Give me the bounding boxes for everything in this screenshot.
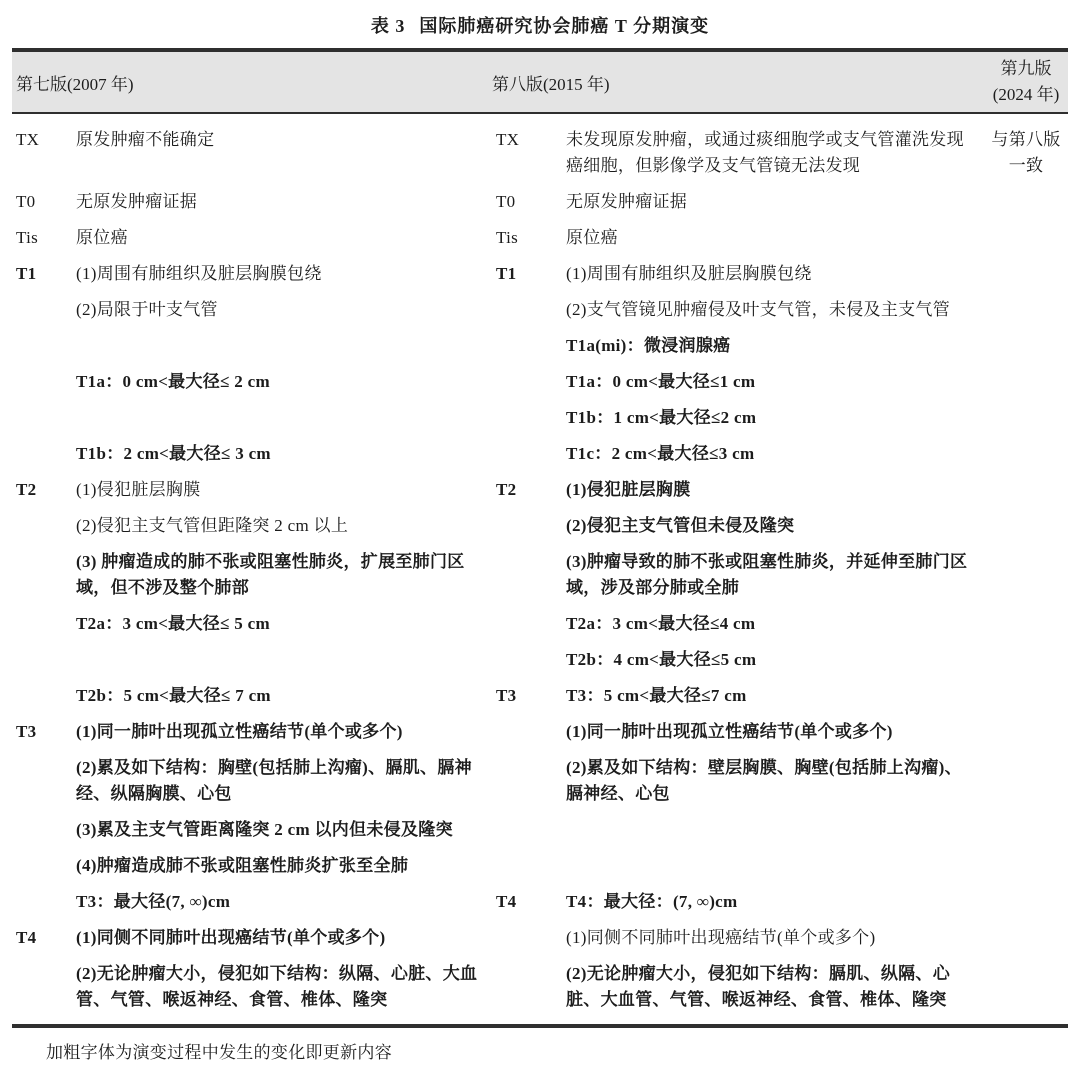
stage-label-7th-edition (12, 812, 76, 822)
stage-label-8th-edition (492, 714, 566, 724)
stage-label-8th-edition: T2 (492, 472, 566, 508)
description-7th-edition: (2)侵犯主支气管但距隆突 2 cm 以上 (76, 508, 492, 544)
description-7th-edition: T1a：0 cm<最大径≤ 2 cm (76, 364, 492, 400)
table-row: T4 (1)同侧不同肺叶出现癌结节(单个或多个) (1)同侧不同肺叶出现癌结节(… (12, 920, 1068, 956)
table-row: T1b：2 cm<最大径≤ 3 cm T1c：2 cm<最大径≤3 cm (12, 436, 1068, 472)
note-9th-edition-line: 与第八版 (984, 127, 1068, 153)
stage-label-8th-edition (492, 292, 566, 302)
table-row: T1b：1 cm<最大径≤2 cm (12, 400, 1068, 436)
stage-label-7th-edition (12, 884, 76, 894)
table-row: (3) 肿瘤造成的肺不张或阻塞性肺炎，扩展至肺门区域，但不涉及整个肺部 (3)肿… (12, 544, 1068, 606)
stage-label-8th-edition (492, 956, 566, 966)
note-9th-edition (984, 884, 1068, 894)
note-9th-edition (984, 364, 1068, 374)
note-9th-edition (984, 920, 1068, 930)
stage-label-8th-edition (492, 544, 566, 554)
description-7th-edition: (2)无论肿瘤大小，侵犯如下结构：纵隔、心脏、大血管、气管、喉返神经、食管、椎体… (76, 956, 492, 1018)
stage-label-8th-edition: T4 (492, 884, 566, 920)
stage-label-8th-edition: T3 (492, 678, 566, 714)
description-8th-edition: (1)同侧不同肺叶出现癌结节(单个或多个) (566, 920, 984, 956)
table-row: T1 (1)周围有肺组织及脏层胸膜包绕 T1 (1)周围有肺组织及脏层胸膜包绕 (12, 256, 1068, 292)
stage-label-8th-edition: TX (492, 122, 566, 158)
stage-label-8th-edition (492, 436, 566, 446)
description-8th-edition: T4：最大径：(7, ∞)cm (566, 884, 984, 920)
stage-label-7th-edition: T1 (12, 256, 76, 292)
stage-label-7th-edition (12, 364, 76, 374)
table-title-text: 国际肺癌研究协会肺癌 T 分期演变 (419, 16, 709, 36)
stage-label-8th-edition (492, 364, 566, 374)
description-7th-edition: (2)局限于叶支气管 (76, 292, 492, 328)
stage-label-7th-edition (12, 436, 76, 446)
description-8th-edition: (1)侵犯脏层胸膜 (566, 472, 984, 508)
note-9th-edition: 与第八版一致 (984, 122, 1068, 184)
stage-label-7th-edition (12, 606, 76, 616)
note-9th-edition (984, 750, 1068, 760)
table-row: Tis 原位癌 Tis 原位癌 (12, 220, 1068, 256)
description-7th-edition: (2)累及如下结构：胸壁(包括肺上沟瘤)、膈肌、膈神经、纵隔胸膜、心包 (76, 750, 492, 812)
description-7th-edition: 无原发肿瘤证据 (76, 184, 492, 220)
page: 表 3国际肺癌研究协会肺癌 T 分期演变 第七版(2007 年) 第八版(201… (0, 0, 1080, 1066)
note-9th-edition (984, 400, 1068, 410)
note-9th-edition (984, 220, 1068, 230)
stage-label-8th-edition: T0 (492, 184, 566, 220)
description-8th-edition (566, 812, 984, 822)
description-8th-edition: (2)侵犯主支气管但未侵及隆突 (566, 508, 984, 544)
stage-label-7th-edition: TX (12, 122, 76, 158)
note-9th-edition (984, 472, 1068, 482)
description-8th-edition: T3：5 cm<最大径≤7 cm (566, 678, 984, 714)
table-row: T3：最大径(7, ∞)cm T4 T4：最大径：(7, ∞)cm (12, 884, 1068, 920)
table-row: (3)累及主支气管距离隆突 2 cm 以内但未侵及隆突 (12, 812, 1068, 848)
stage-label-8th-edition (492, 848, 566, 858)
description-7th-edition (76, 400, 492, 410)
stage-label-7th-edition (12, 956, 76, 966)
note-9th-edition (984, 544, 1068, 554)
header-edition-9-year: (2024 年) (984, 82, 1068, 108)
note-9th-edition (984, 606, 1068, 616)
description-7th-edition: (1)同侧不同肺叶出现癌结节(单个或多个) (76, 920, 492, 956)
table-row: T0 无原发肿瘤证据 T0 无原发肿瘤证据 (12, 184, 1068, 220)
header-edition-9-name: 第九版 (984, 56, 1068, 82)
description-8th-edition: 未发现原发肿瘤，或通过痰细胞学或支气管灌洗发现癌细胞，但影像学及支气管镜无法发现 (566, 122, 984, 184)
description-8th-edition: (1)同一肺叶出现孤立性癌结节(单个或多个) (566, 714, 984, 750)
description-8th-edition: T1b：1 cm<最大径≤2 cm (566, 400, 984, 436)
description-7th-edition: (3)累及主支气管距离隆突 2 cm 以内但未侵及隆突 (76, 812, 492, 848)
stage-label-7th-edition (12, 750, 76, 760)
note-9th-edition (984, 184, 1068, 194)
stage-label-7th-edition (12, 678, 76, 688)
note-9th-edition (984, 436, 1068, 446)
description-7th-edition: (3) 肿瘤造成的肺不张或阻塞性肺炎，扩展至肺门区域，但不涉及整个肺部 (76, 544, 492, 606)
description-7th-edition: (4)肿瘤造成肺不张或阻塞性肺炎扩张至全肺 (76, 848, 492, 884)
stage-label-8th-edition (492, 812, 566, 822)
description-7th-edition: T2b：5 cm<最大径≤ 7 cm (76, 678, 492, 714)
description-8th-edition: (2)支气管镜见肿瘤侵及叶支气管，未侵及主支气管 (566, 292, 984, 328)
table-row: T1a：0 cm<最大径≤ 2 cm T1a：0 cm<最大径≤1 cm (12, 364, 1068, 400)
description-7th-edition: 原发肿瘤不能确定 (76, 122, 492, 158)
table-row: T2 (1)侵犯脏层胸膜 T2 (1)侵犯脏层胸膜 (12, 472, 1068, 508)
stage-label-8th-edition (492, 400, 566, 410)
header-edition-9: 第九版 (2024 年) (984, 56, 1068, 108)
stage-label-7th-edition: T4 (12, 920, 76, 956)
table-row: TX 原发肿瘤不能确定 TX 未发现原发肿瘤，或通过痰细胞学或支气管灌洗发现癌细… (12, 122, 1068, 184)
description-8th-edition (566, 848, 984, 858)
description-7th-edition: T2a：3 cm<最大径≤ 5 cm (76, 606, 492, 642)
table-title: 表 3国际肺癌研究协会肺癌 T 分期演变 (12, 8, 1068, 48)
description-8th-edition: 原位癌 (566, 220, 984, 256)
stage-label-7th-edition: T2 (12, 472, 76, 508)
description-8th-edition: 无原发肿瘤证据 (566, 184, 984, 220)
description-8th-edition: T1c：2 cm<最大径≤3 cm (566, 436, 984, 472)
note-9th-edition (984, 256, 1068, 266)
stage-label-8th-edition (492, 642, 566, 652)
table-row: T2b：5 cm<最大径≤ 7 cm T3 T3：5 cm<最大径≤7 cm (12, 678, 1068, 714)
stage-label-7th-edition (12, 544, 76, 554)
table-row: T2b：4 cm<最大径≤5 cm (12, 642, 1068, 678)
table-row: T1a(mi)：微浸润腺癌 (12, 328, 1068, 364)
table-row: T2a：3 cm<最大径≤ 5 cm T2a：3 cm<最大径≤4 cm (12, 606, 1068, 642)
stage-label-7th-edition (12, 400, 76, 410)
stage-label-8th-edition (492, 606, 566, 616)
description-8th-edition: (2)无论肿瘤大小，侵犯如下结构：膈肌、纵隔、心脏、大血管、气管、喉返神经、食管… (566, 956, 984, 1018)
stage-label-7th-edition (12, 328, 76, 338)
table-row: (2)累及如下结构：胸壁(包括肺上沟瘤)、膈肌、膈神经、纵隔胸膜、心包 (2)累… (12, 750, 1068, 812)
stage-label-7th-edition (12, 642, 76, 652)
description-7th-edition: T1b：2 cm<最大径≤ 3 cm (76, 436, 492, 472)
note-9th-edition (984, 714, 1068, 724)
description-7th-edition (76, 642, 492, 652)
table-title-number: 表 3 (371, 16, 406, 36)
note-9th-edition (984, 848, 1068, 858)
note-9th-edition (984, 328, 1068, 338)
table-row: (4)肿瘤造成肺不张或阻塞性肺炎扩张至全肺 (12, 848, 1068, 884)
note-9th-edition (984, 812, 1068, 822)
note-9th-edition (984, 292, 1068, 302)
stage-label-7th-edition (12, 508, 76, 518)
description-7th-edition: (1)周围有肺组织及脏层胸膜包绕 (76, 256, 492, 292)
table-row: (2)局限于叶支气管 (2)支气管镜见肿瘤侵及叶支气管，未侵及主支气管 (12, 292, 1068, 328)
stage-label-7th-edition: T3 (12, 714, 76, 750)
stage-label-8th-edition (492, 750, 566, 760)
stage-label-8th-edition: T1 (492, 256, 566, 292)
header-edition-7: 第七版(2007 年) (12, 70, 492, 95)
stage-label-8th-edition (492, 328, 566, 338)
note-9th-edition (984, 642, 1068, 652)
note-9th-edition (984, 678, 1068, 688)
description-8th-edition: (3)肿瘤导致的肺不张或阻塞性肺炎，并延伸至肺门区域，涉及部分肺或全肺 (566, 544, 984, 606)
description-8th-edition: T2b：4 cm<最大径≤5 cm (566, 642, 984, 678)
stage-label-8th-edition (492, 508, 566, 518)
stage-label-7th-edition: Tis (12, 220, 76, 256)
stage-label-8th-edition: Tis (492, 220, 566, 256)
description-8th-edition: T1a(mi)：微浸润腺癌 (566, 328, 984, 364)
note-9th-edition (984, 508, 1068, 518)
stage-label-7th-edition (12, 848, 76, 858)
description-7th-edition: (1)同一肺叶出现孤立性癌结节(单个或多个) (76, 714, 492, 750)
description-8th-edition: T1a：0 cm<最大径≤1 cm (566, 364, 984, 400)
description-7th-edition: T3：最大径(7, ∞)cm (76, 884, 492, 920)
table-row: T3 (1)同一肺叶出现孤立性癌结节(单个或多个) (1)同一肺叶出现孤立性癌结… (12, 714, 1068, 750)
footnote: 加粗字体为演变过程中发生的变化即更新内容 (12, 1028, 1068, 1066)
note-9th-edition-line: 一致 (984, 153, 1068, 179)
table-row: (2)侵犯主支气管但距隆突 2 cm 以上 (2)侵犯主支气管但未侵及隆突 (12, 508, 1068, 544)
note-9th-edition (984, 956, 1068, 966)
table-body: TX 原发肿瘤不能确定 TX 未发现原发肿瘤，或通过痰细胞学或支气管灌洗发现癌细… (12, 114, 1068, 1018)
description-8th-edition: (2)累及如下结构：壁层胸膜、胸壁(包括肺上沟瘤)、膈神经、心包 (566, 750, 984, 812)
stage-label-8th-edition (492, 920, 566, 930)
header-edition-8: 第八版(2015 年) (492, 70, 984, 95)
description-8th-edition: (1)周围有肺组织及脏层胸膜包绕 (566, 256, 984, 292)
table-header: 第七版(2007 年) 第八版(2015 年) 第九版 (2024 年) (12, 48, 1068, 114)
description-7th-edition: 原位癌 (76, 220, 492, 256)
stage-label-7th-edition (12, 292, 76, 302)
description-7th-edition: (1)侵犯脏层胸膜 (76, 472, 492, 508)
description-7th-edition (76, 328, 492, 338)
table-row: (2)无论肿瘤大小，侵犯如下结构：纵隔、心脏、大血管、气管、喉返神经、食管、椎体… (12, 956, 1068, 1018)
description-8th-edition: T2a：3 cm<最大径≤4 cm (566, 606, 984, 642)
stage-label-7th-edition: T0 (12, 184, 76, 220)
